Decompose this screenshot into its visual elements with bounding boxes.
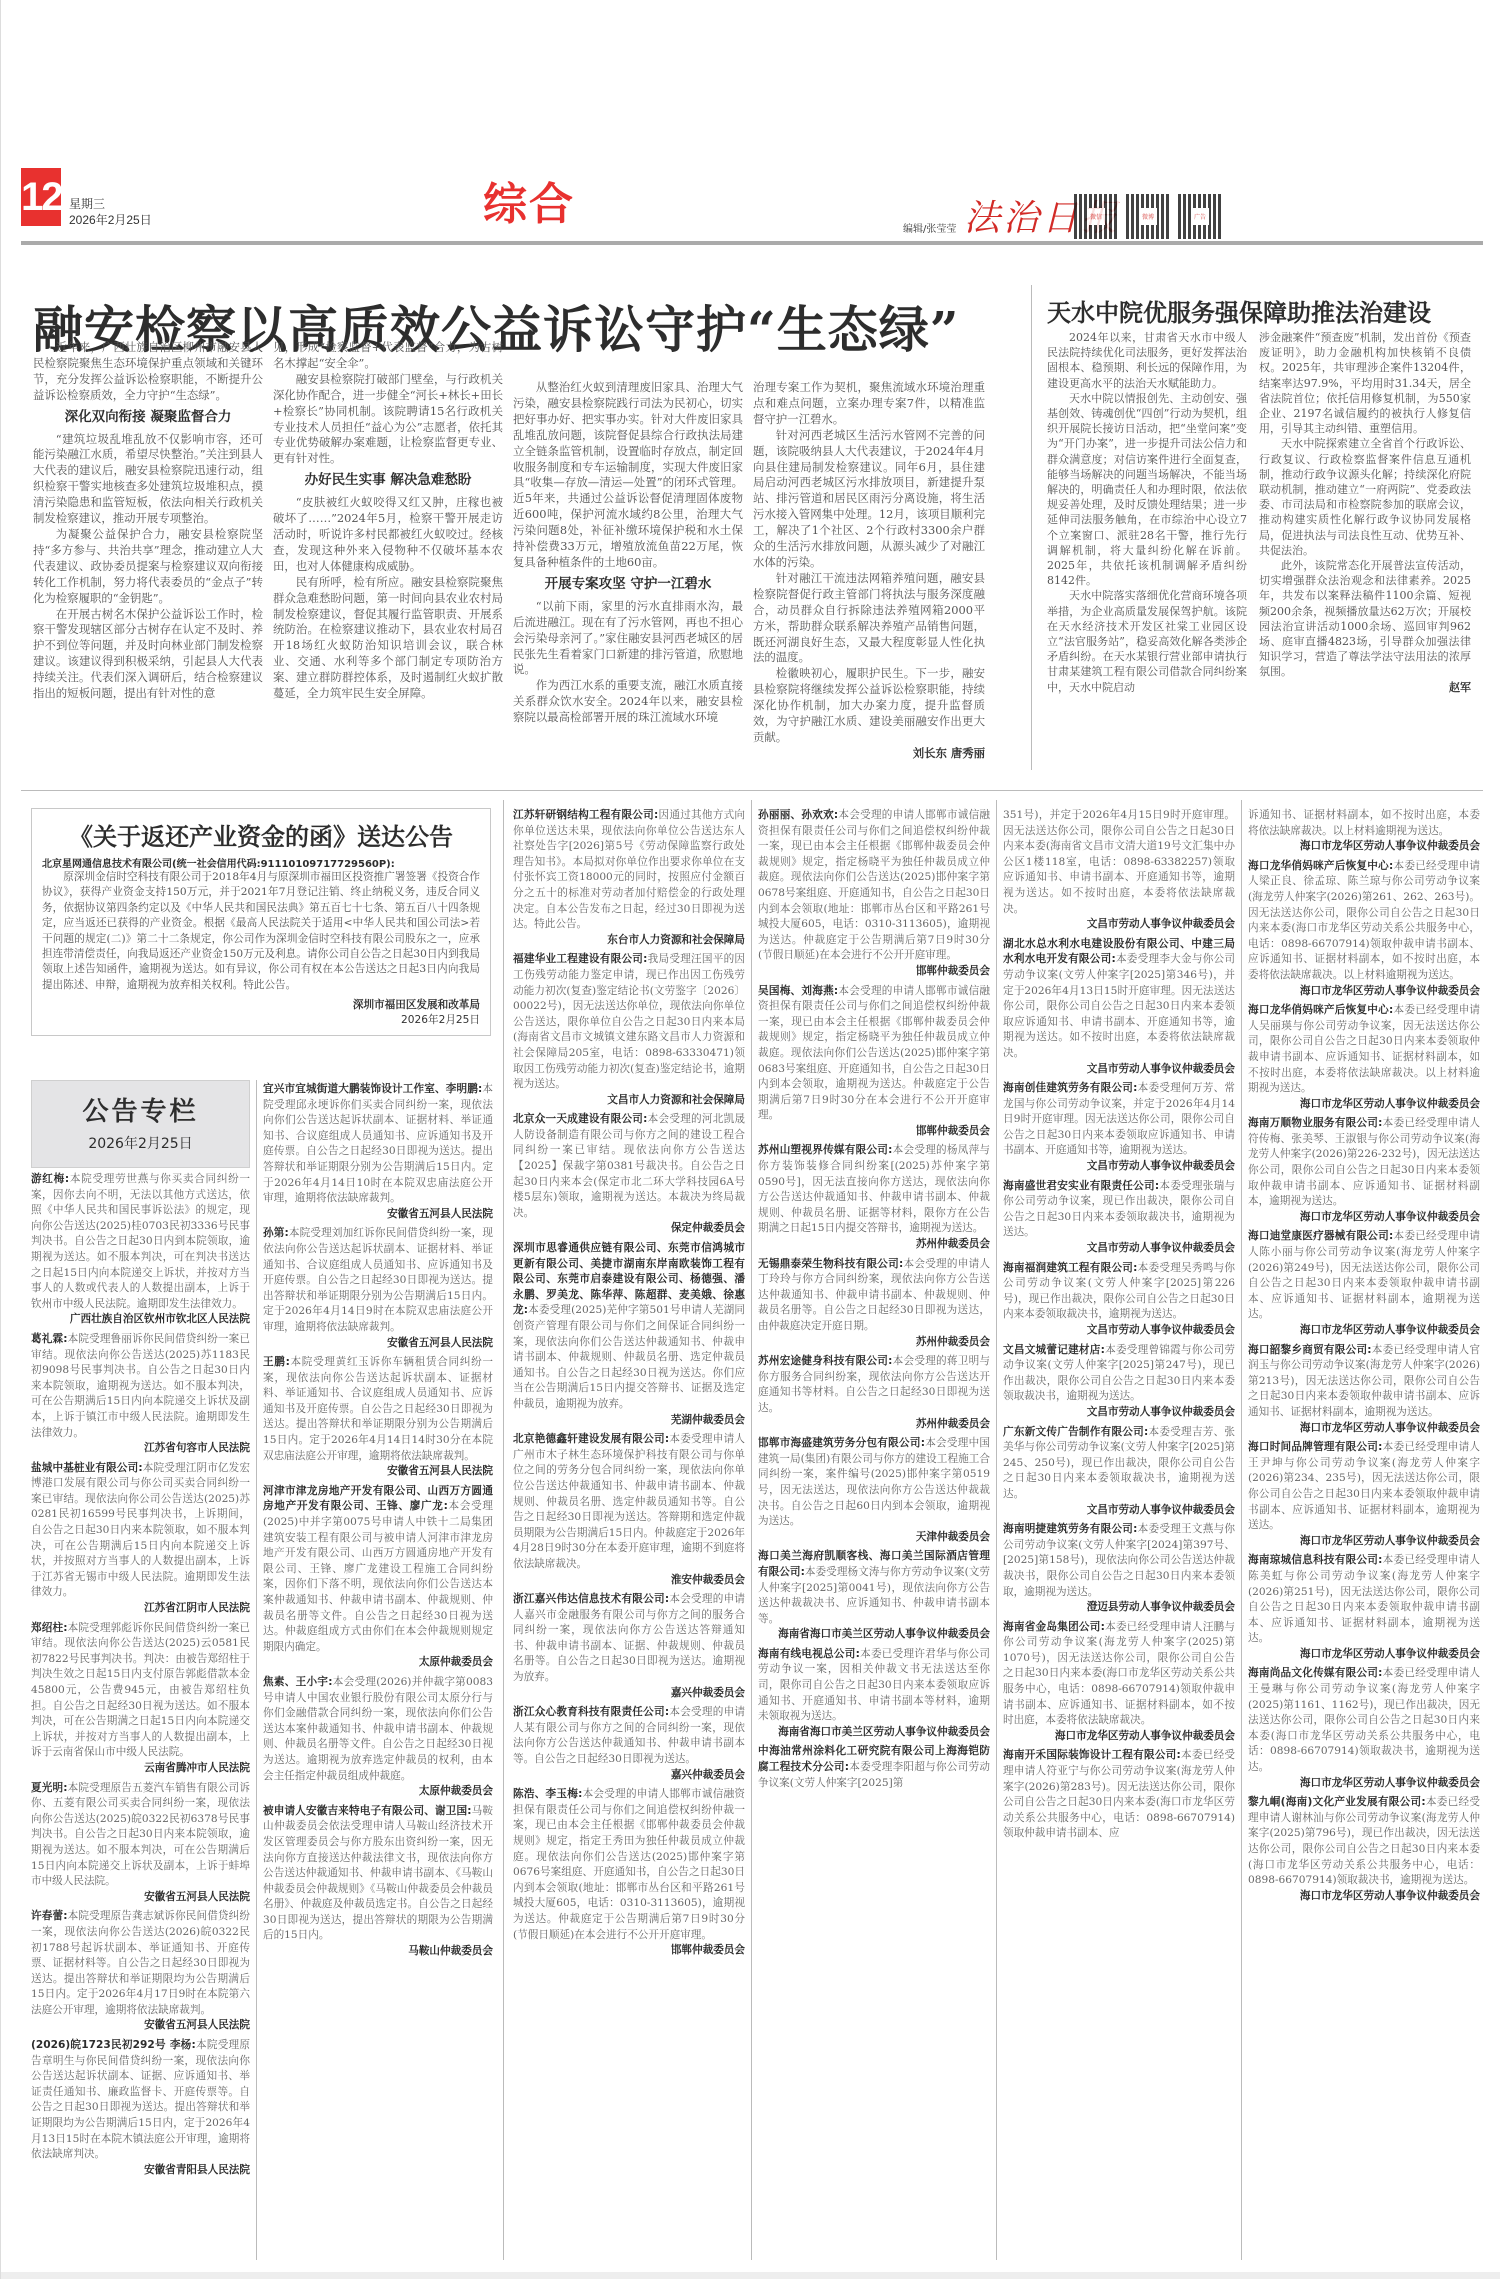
notice-signature: 文昌市劳动人事争议仲裁委员会 bbox=[1003, 1323, 1235, 1339]
notice-item: 邯郸市海盛建筑劳务分包有限公司:本会受理中国建筑一局(集团)有限公司与你方的建设… bbox=[758, 1436, 990, 1530]
notice-item: 孙丽丽、孙欢欢:本会受理的申请人邯郸市诚信融资担保有限责任公司与你们之间追偿权纠… bbox=[758, 808, 990, 964]
subheading: 办好民生实事 解决急难愁盼 bbox=[273, 473, 503, 489]
notice-item: 湖北水总水利水电建设股份有限公司、中建三局水利水电开发有限公司:本委受理李大金与… bbox=[1003, 937, 1235, 1062]
notice-signature: 江苏省江阴市人民法院 bbox=[31, 1601, 250, 1617]
notice-text: 本委已经受理申请人陈美虹与你公司劳动争议案(海龙劳人仲案字(2026)第251号… bbox=[1248, 1554, 1480, 1644]
notice-recipient: (2026)皖1723民初292号 李杨 bbox=[31, 2039, 192, 2051]
notices-col-4: 孙丽丽、孙欢欢:本会受理的申请人邯郸市诚信融资担保有限责任公司与你们之间追偿权纠… bbox=[758, 808, 990, 1791]
paragraph: 从整治红火蚁到清理废旧家具、治理大气污染，融安县检察院践行司法为民初心，切实把好… bbox=[513, 380, 743, 571]
notice-text: 本委已经受理申请人王尹坤与你公司劳动争议案(海龙劳人仲案字(2026)第234、… bbox=[1248, 1441, 1480, 1531]
issue-date: 2026年2月25日 bbox=[69, 211, 152, 228]
notice-text: 本院受理江阴市亿发宏博港口发展有限公司与你公司买卖合同纠纷一案已审结。现依法向你… bbox=[31, 1462, 250, 1599]
notices-col-6: 诉通知书、证据材料副本，如不按时出庭，本委将依法缺席裁决。以上材料逾期视为送达。… bbox=[1248, 808, 1480, 1908]
notice-recipient: 海南省金岛集团公司 bbox=[1003, 1621, 1101, 1633]
paragraph: 针对融江干流违法网箱养殖问题，融安县检察院督促行政主管部门将执法与服务深度融合，… bbox=[753, 571, 985, 666]
column-divider bbox=[256, 1080, 257, 2260]
notice-recipient: 海南创佳建筑劳务有限公司 bbox=[1003, 1082, 1133, 1094]
notice-signature: 嘉兴仲裁委员会 bbox=[513, 1686, 745, 1702]
notice-item: 盐城中基桩业有限公司:本院受理江阴市亿发宏博港口发展有限公司与你公司买卖合同纠纷… bbox=[31, 1461, 250, 1601]
subheading: 深化双向衔接 凝聚监督合力 bbox=[33, 410, 263, 426]
notice-recipient: 郑绍柱 bbox=[31, 1622, 63, 1634]
notice-recipient: 海南盛世君安实业有限责任公司 bbox=[1003, 1180, 1155, 1192]
notice-text: 本委已经受理申请人汪鹏与你公司劳动争议案(海龙劳人仲案字(2025)第1070号… bbox=[1003, 1621, 1235, 1727]
notice-item: 海口龙华俏妈咪产后恢复中心:本委已经受理申请人梁正良、徐孟琼、陈兰琼与你公司劳动… bbox=[1248, 859, 1480, 984]
notice-text: 本会受理的申请人邯郸市诚信融资担保有限责任公司与你们之间追偿权纠纷仲裁一案，现已… bbox=[513, 1788, 745, 1940]
notice-text: 本会受理的河北凯晟人防设备制造有限公司与你方之间的建设工程合同纠纷一案已审结。现… bbox=[513, 1113, 745, 1219]
notice-text: 本会受理的杨凤萍与你方装饰装修合同纠纷案[(2025)苏仲案字第0590号]，因… bbox=[758, 1144, 990, 1234]
side-article-col-1: 2024年以来，甘肃省天水市中级人民法院持续优化司法服务，更好发挥法治固根本、稳… bbox=[1047, 330, 1247, 695]
notice-signature: 海口市龙华区劳动人事争议仲裁委员会 bbox=[1248, 1647, 1480, 1663]
paragraph: “建筑垃圾乱堆乱放不仅影响市容，还可能污染融江水质，希望尽快整治。”关注到县人大… bbox=[33, 432, 263, 527]
notice-recipient: 海口龙华俏妈咪产后恢复中心 bbox=[1248, 1004, 1389, 1016]
notice-signature: 嘉兴仲裁委员会 bbox=[513, 1768, 745, 1784]
notice-signature: 苏州仲裁委员会 bbox=[758, 1335, 990, 1351]
notice-text: 诉通知书、证据材料副本，如不按时出庭，本委将依法缺席裁决。以上材料逾期视为送达。 bbox=[1248, 809, 1480, 837]
notice-recipient: 北京艳德鑫轩建设发展有限公司 bbox=[513, 1433, 665, 1445]
notice-recipient: 苏州宏途健身科技有限公司 bbox=[758, 1355, 888, 1367]
header-divider bbox=[21, 241, 1483, 245]
notice-recipient: 孙第 bbox=[263, 1227, 285, 1239]
weekday: 星期三 bbox=[69, 195, 105, 212]
notice-item: 海南明捷建筑劳务有限公司:本委受理王文燕与你公司劳动争议案(文劳人仲案字[202… bbox=[1003, 1522, 1235, 1600]
notice-addressee: 北京星网通信息技术有限公司(统一社会信用代码:91110109717729560… bbox=[42, 855, 480, 870]
notice-recipient: 海南万顺物业服务有限公司 bbox=[1248, 1117, 1378, 1129]
notice-recipient: 许春蕾 bbox=[31, 1910, 63, 1922]
notice-item: 浙江众心教育科技有限责任公司:本会受理的申请人某有限公司与你方之间的合同纠纷一案… bbox=[513, 1705, 745, 1767]
qr-label: 广告 bbox=[1194, 212, 1206, 221]
notice-text: 本院受理黄红玉诉你车辆租赁合同纠纷一案，现依法向你公告送达起诉状副本、证据材料、… bbox=[263, 1356, 493, 1462]
notice-item: 游红梅:本院受理劳世燕与你买卖合同纠纷一案，因你去向不明，无法以其他方式送达，依… bbox=[31, 1172, 250, 1312]
notice-item: 中海油常州涂料化工研究院有限公司上海海铠防腐工程技术分公司:本委受理李阳超与你公… bbox=[758, 1744, 990, 1791]
notice-item: 海口韶黎乡商贸有限公司:本委已经受理申请人官润玉与你公司劳动争议案(海龙劳人仲案… bbox=[1248, 1343, 1480, 1421]
notice-recipient: 江苏轩研钢结构工程有限公司 bbox=[513, 809, 654, 821]
notice-item: 浙江嘉兴伟达信息技术有限公司:本会受理的申请人嘉兴市金融服务有限公司与你方之间的… bbox=[513, 1592, 745, 1686]
main-article-col-2: 见，形成“检察监督+代表监督”合力，为古树名木撑起“安全伞”。 融安县检察院打破… bbox=[273, 340, 503, 702]
notice-recipient: 陈浩、李玉梅 bbox=[513, 1788, 578, 1800]
page-header: 12 星期三 2026年2月25日 综合 编辑/张莹莹 法治日报 微信 微博 广… bbox=[21, 168, 1500, 238]
notice-recipient: 无锡鼎泰荣生物科技有限公司 bbox=[758, 1258, 899, 1270]
notice-signature: 安徽省青阳县人民法院 bbox=[31, 2163, 250, 2179]
paragraph: 民有所呼，检有所应。融安县检察院聚焦群众急难愁盼问题，第一时间向县农业农村局制发… bbox=[273, 575, 503, 702]
notice-text: 我局受理汪国平的因工伤残劳动能力鉴定申请，现已作出因工伤残劳动能力初次(复查)鉴… bbox=[513, 953, 745, 1090]
notice-item: 北京众一天成建设有限公司:本会受理的河北凯晟人防设备制造有限公司与你方之间的建设… bbox=[513, 1112, 745, 1221]
notice-text: 本院受理鲁丽诉你民间借贷纠纷一案已审结。现依法向你公告送达(2025)苏1183… bbox=[31, 1333, 250, 1439]
notice-signature: 广西壮族自治区钦州市钦北区人民法院 bbox=[31, 1312, 250, 1328]
notice-item: 葛礼霖:本院受理鲁丽诉你民间借贷纠纷一案已审结。现依法向你公告送达(2025)苏… bbox=[31, 1332, 250, 1441]
main-article-col-4: 治理专案工作为契机，聚焦流域水环境治理重点和难点问题，立案办理专案7件，以精准监… bbox=[753, 380, 985, 762]
byline: 刘长东 唐秀丽 bbox=[753, 746, 985, 762]
notice-item: 黎九峒(海南)文化产业发展有限公司:本委已经受理申请人谢林汕与你公司劳动争议案(… bbox=[1248, 1795, 1480, 1889]
notice-signature: 安徽省五河县人民法院 bbox=[263, 1464, 493, 1480]
newspaper-page: 12 星期三 2026年2月25日 综合 编辑/张莹莹 法治日报 微信 微博 广… bbox=[0, 0, 1500, 2279]
notice-column-banner: 公告专栏 2026年2月25日 bbox=[31, 1080, 250, 1168]
paragraph: 为凝聚公益保护合力，融安县检察院坚持“多方参与、共治共享”理念，推动建立人大代表… bbox=[33, 527, 263, 607]
side-headline: 天水中院优服务强保障助推法治建设 bbox=[1047, 293, 1431, 328]
notice-item: 河津市津龙房地产开发有限公司、山西万方圆通房地产开发有限公司、王锋、廖广龙:本会… bbox=[263, 1484, 493, 1656]
notice-text: 本院受理原告章明生与你民间借贷纠纷一案，现依法向你公告送达起诉状副本、证据、应诉… bbox=[31, 2039, 250, 2160]
notice-item: 海南琼城信息科技有限公司:本委已经受理申请人陈美虹与你公司劳动争议案(海龙劳人仲… bbox=[1248, 1553, 1480, 1647]
notice-item: 许春蕾:本院受理原告龚志斌诉你民间借贷纠纷一案，现依法向你公告送达(2026)皖… bbox=[31, 1909, 250, 2018]
notice-box-title: 《关于返还产业资金的函》送达公告 bbox=[42, 817, 480, 852]
notice-item: 海南万顺物业服务有限公司:本委已经受理申请人符传梅、张美琴、王淑银与你公司劳动争… bbox=[1248, 1116, 1480, 1210]
notice-text: 本会受理的申请人邯郸市诚信融资担保有限责任公司与你们之间追偿权纠纷仲裁一案，现已… bbox=[758, 985, 990, 1122]
notice-body: 原深圳金信时空科技有限公司于2018年4月与原深圳市福田区投资推广署签署《投资合… bbox=[42, 870, 480, 993]
qr-code-icon[interactable]: 广告 bbox=[1178, 194, 1223, 239]
notice-signature: 海口市龙华区劳动人事争议仲裁委员会 bbox=[1248, 1534, 1480, 1550]
qr-label: 微博 bbox=[1142, 212, 1154, 221]
notice-signature: 海口市龙华区劳动人事争议仲裁委员会 bbox=[1248, 839, 1480, 855]
notice-recipient: 海口龙华俏妈咪产后恢复中心 bbox=[1248, 860, 1389, 872]
notice-item: 351号)，并定于2026年4月15日9时开庭审理。因无法送达你公司，限你公司自… bbox=[1003, 808, 1235, 917]
column-divider bbox=[1241, 800, 1242, 2260]
notice-item: 焦素、王小宇:本会受理(2026)并仲裁字第0083号申请人中国农业银行股份有限… bbox=[263, 1675, 493, 1784]
notice-item: 苏州山塑视界传媒有限公司:本会受理的杨凤萍与你方装饰装修合同纠纷案[(2025)… bbox=[758, 1143, 990, 1237]
notice-signature: 海口市龙华区劳动人事争议仲裁委员会 bbox=[1248, 1323, 1480, 1339]
notice-signature: 海口市龙华区劳动人事争议仲裁委员会 bbox=[1248, 984, 1480, 1000]
notice-text: 本院受理劳世燕与你买卖合同纠纷一案，因你去向不明，无法以其他方式送达，依照《中华… bbox=[31, 1173, 250, 1310]
notice-signature: 安徽省五河县人民法院 bbox=[31, 1890, 250, 1906]
paragraph: 在开展古树名木保护公益诉讼工作时，检察干警发现辖区部分古树存在认定不及时、养护不… bbox=[33, 607, 263, 702]
notice-signature: 淮安仲裁委员会 bbox=[513, 1573, 745, 1589]
notice-recipient: 苏州山塑视界传媒有限公司 bbox=[758, 1144, 888, 1156]
notice-recipient: 盐城中基桩业有限公司 bbox=[31, 1462, 138, 1474]
notice-recipient: 浙江嘉兴伟达信息技术有限公司 bbox=[513, 1593, 665, 1605]
main-article-col-1: 近年来，广西壮族自治区柳州市融安县人民检察院聚焦生态环境保护重点领域和关键环节，… bbox=[33, 340, 263, 702]
notice-text: 本委已经受理申请人陈小丽与你公司劳动争议案(海龙劳人仲案字(2026)第249号… bbox=[1248, 1230, 1480, 1320]
notice-text: 马鞍山仲裁委员会依法受理申请人马鞍山经济技术开发区管理委员会与你方股东出资纠纷一… bbox=[263, 1805, 493, 1942]
paragraph: 见，形成“检察监督+代表监督”合力，为古树名木撑起“安全伞”。 bbox=[273, 340, 503, 372]
paragraph: 作为西江水系的重要支流，融江水质直接关系群众饮水安全。2024年以来，融安县检察… bbox=[513, 678, 743, 726]
notice-text: 本会受理的申请人邯郸市诚信融资担保有限责任公司与你们之间追偿权纠纷仲裁一案，现已… bbox=[758, 809, 990, 961]
notice-signature: 海口市龙华区劳动人事争议仲裁委员会 bbox=[1248, 1097, 1480, 1113]
notice-text: 本委已经受理申请人符亚宁与你公司劳动争议案(海龙劳人仲案字(2026)第283号… bbox=[1003, 1749, 1235, 1839]
notice-signature: 文昌市劳动人事争议仲裁委员会 bbox=[1003, 1405, 1235, 1421]
notice-signature: 太原仲裁委员会 bbox=[263, 1784, 493, 1800]
paragraph: “皮肤被红火蚁咬得又红又肿，庄稼也被破坏了……”2024年5月，检察干警开展走访… bbox=[273, 495, 503, 575]
notice-signature: 深圳市福田区发展和改革局 bbox=[42, 997, 480, 1012]
paragraph: 涉金融案件“预查废”机制，发出首份《预查废证明》，助力金融机构加快核销不良债权。… bbox=[1259, 330, 1471, 436]
notice-text: 本会受理(2025)中并字第0075号申请人中铁十二局集团建筑安装工程有限公司与… bbox=[263, 1500, 493, 1652]
notice-signature: 文昌市劳动人事争议仲裁委员会 bbox=[1003, 917, 1235, 933]
notice-item: 海口时间品牌管理有限公司:本委已经受理申请人王尹坤与你公司劳动争议案(海龙劳人仲… bbox=[1248, 1440, 1480, 1534]
notice-item: 海南开禾国际装饰设计工程有限公司:本委已经受理申请人符亚宁与你公司劳动争议案(海… bbox=[1003, 1748, 1235, 1842]
notice-item: 夏光明:本院受理原告五菱汽车销售有限公司诉你、五菱有限公司买卖合同纠纷一案，现依… bbox=[31, 1781, 250, 1890]
notice-item: 孙第:本院受理刘加红诉你民间借贷纠纷一案，现依法向你公告送达起诉状副本、证据材料… bbox=[263, 1226, 493, 1335]
byline: 赵军 bbox=[1259, 680, 1471, 695]
notice-recipient: 海南明捷建筑劳务有限公司 bbox=[1003, 1523, 1133, 1535]
notices-col-2: 宜兴市宜城街道大鹏装饰设计工作室、李明鹏:本院受理邱永埂诉你们买卖合同纠纷一案，… bbox=[263, 1082, 493, 1964]
notice-recipient: 游红梅 bbox=[31, 1173, 65, 1185]
notice-signature: 文昌市劳动人事争议仲裁委员会 bbox=[1003, 1241, 1235, 1257]
notice-item: 海南创佳建筑劳务有限公司:本委受理何万芳、常龙国与你公司劳动争议案，并定于202… bbox=[1003, 1081, 1235, 1159]
paragraph: 2024年以来，甘肃省天水市中级人民法院持续优化司法服务，更好发挥法治固根本、稳… bbox=[1047, 330, 1247, 391]
notice-item: 海南尚品文化传媒有限公司:本委已经受理申请人王曼琳与你公司劳动争议案(海龙劳人仲… bbox=[1248, 1666, 1480, 1775]
notice-text: 本委已经受理申请人梁正良、徐孟琼、陈兰琼与你公司劳动争议案(海龙劳人仲案字(20… bbox=[1248, 860, 1480, 981]
notice-signature: 东台市人力资源和社会保障局 bbox=[513, 933, 745, 949]
notice-signature: 芜湖仲裁委员会 bbox=[513, 1413, 745, 1429]
paragraph: 检徽映初心，履职护民生。下一步，融安县检察院将继续发挥公益诉讼检察职能，持续深化… bbox=[753, 666, 985, 746]
column-divider bbox=[1031, 285, 1032, 770]
notice-box: 《关于返还产业资金的函》送达公告 北京星网通信息技术有限公司(统一社会信用代码:… bbox=[31, 808, 491, 1036]
notice-text: 本会受理(2026)并仲裁字第0083号申请人中国农业银行股份有限公司太原分行与… bbox=[263, 1676, 493, 1782]
banner-title: 公告专栏 bbox=[32, 1091, 249, 1128]
notice-text: 本委受理(2025)芜仲字第501号申请人芜湖同创资产管理有限公司与你们之间保证… bbox=[513, 1304, 745, 1410]
side-article-col-2: 涉金融案件“预查废”机制，发出首份《预查废证明》，助力金融机构加快核销不良债权。… bbox=[1259, 330, 1471, 695]
notice-item: 苏州宏途健身科技有限公司:本会受理的蒋卫明与你方服务合同纠纷案，现依法向你方公告… bbox=[758, 1354, 990, 1416]
notice-item: 无锡鼎泰荣生物科技有限公司:本会受理的申请人丁玲玲与你方合同纠纷案，现依法向你方… bbox=[758, 1257, 990, 1335]
paragraph: 近年来，广西壮族自治区柳州市融安县人民检察院聚焦生态环境保护重点领域和关键环节，… bbox=[33, 340, 263, 404]
notice-text: 本会受理中国建筑一局(集团)有限公司与你方的建设工程施工合同纠纷一案，案件编号(… bbox=[758, 1437, 990, 1527]
notice-signature: 海口市龙华区劳动人事争议仲裁委员会 bbox=[1248, 1776, 1480, 1792]
notices-col-1: 游红梅:本院受理劳世燕与你买卖合同纠纷一案，因你去向不明，无法以其他方式送达，依… bbox=[31, 1172, 250, 2182]
notice-signature: 文昌市劳动人事争议仲裁委员会 bbox=[1003, 1503, 1235, 1519]
paragraph: “以前下雨，家里的污水直排雨水沟，最后流进融江。现在有了污水管网，再也不担心会污… bbox=[513, 599, 743, 679]
notice-recipient: 王鹏 bbox=[263, 1356, 286, 1368]
main-article-col-3: 从整治红火蚁到清理废旧家具、治理大气污染，融安县检察院践行司法为民初心，切实把好… bbox=[513, 380, 743, 726]
notice-signature: 海南省海口市美兰区劳动人事争议仲裁委员会 bbox=[758, 1725, 990, 1741]
notice-text: 351号)，并定于2026年4月15日9时开庭审理。因无法送达你公司，限你公司自… bbox=[1003, 809, 1235, 915]
notice-signature: 邯郸仲裁委员会 bbox=[758, 1124, 990, 1140]
section-divider bbox=[21, 790, 1483, 791]
notice-item: 文昌文城蕾记建材店:本委受理曾锦霞与你公司劳动争议案(文劳人仲案字[2025]第… bbox=[1003, 1343, 1235, 1405]
notice-signature: 江苏省句容市人民法院 bbox=[31, 1441, 250, 1457]
notice-signature: 苏州仲裁委员会 bbox=[758, 1417, 990, 1433]
notice-recipient: 浙江众心教育科技有限责任公司 bbox=[513, 1706, 665, 1718]
notice-recipient: 广东新文传广告制作有限公司 bbox=[1003, 1426, 1144, 1438]
notice-item: 福建华业工程建设有限公司:我局受理汪国平的因工伤残劳动能力鉴定申请，现已作出因工… bbox=[513, 952, 745, 1092]
notice-item: 王鹏:本院受理黄红玉诉你车辆租赁合同纠纷一案，现依法向你公告送达起诉状副本、证据… bbox=[263, 1355, 493, 1464]
notice-recipient: 文昌文城蕾记建材店 bbox=[1003, 1344, 1101, 1356]
section-title: 综合 bbox=[483, 168, 575, 232]
notice-recipient: 吴国梅、刘海燕 bbox=[758, 985, 834, 997]
qr-code-icon[interactable]: 微博 bbox=[1126, 194, 1171, 239]
qr-label: 微信 bbox=[1090, 212, 1102, 221]
column-divider bbox=[751, 800, 752, 2260]
notice-recipient: 夏光明 bbox=[31, 1782, 63, 1794]
notice-recipient: 海南开禾国际装饰设计工程有限公司 bbox=[1003, 1749, 1177, 1761]
notice-recipient: 宜兴市宜城街道大鹏装饰设计工作室、李明鹏 bbox=[263, 1083, 478, 1095]
notice-item: 吴国梅、刘海燕:本会受理的申请人邯郸市诚信融资担保有限责任公司与你们之间追偿权纠… bbox=[758, 984, 990, 1124]
notice-recipient: 孙丽丽、孙欢欢 bbox=[758, 809, 834, 821]
notice-recipient: 海南尚品文化传媒有限公司 bbox=[1248, 1667, 1378, 1679]
notice-item: 海口迪堂康医疗器械有限公司:本委已经受理申请人陈小丽与你公司劳动争议案(海龙劳人… bbox=[1248, 1229, 1480, 1323]
notice-recipient: 海南有线电视总公司 bbox=[758, 1648, 856, 1660]
paragraph: 天水中院以情报创先、主动创安、强基创效、铸魂创优“四创”行动为契机，组织开展院长… bbox=[1047, 391, 1247, 589]
notice-recipient: 焦素、王小宇 bbox=[263, 1676, 328, 1688]
notice-text: 本院受理邱永埂诉你们买卖合同纠纷一案，现依法向你们公告送达起诉状副本、证据材料、… bbox=[263, 1083, 493, 1204]
notice-signature: 苏州仲裁委员会 bbox=[758, 1237, 990, 1253]
notice-signature: 安徽省五河县人民法院 bbox=[31, 2018, 250, 2034]
notice-text: 本院受理原告龚志斌诉你民间借贷纠纷一案，现依法向你公告送达(2026)皖0322… bbox=[31, 1910, 250, 2016]
notice-item: 郑绍柱:本院受理郭彪诉你民间借贷纠纷一案已审结。现依法向你公告送达(2025)云… bbox=[31, 1621, 250, 1761]
notice-item: 陈浩、李玉梅:本会受理的申请人邯郸市诚信融资担保有限责任公司与你们之间追偿权纠纷… bbox=[513, 1787, 745, 1943]
notice-signature: 澄迈县劳动人事争议仲裁委员会 bbox=[1003, 1600, 1235, 1616]
subheading: 开展专案攻坚 守护一江碧水 bbox=[513, 577, 743, 593]
notice-text: 本会受理的申请人嘉兴市金融服务有限公司与你方之间的服务合同纠纷一案，现依法向你方… bbox=[513, 1593, 745, 1683]
notice-item: 诉通知书、证据材料副本，如不按时出庭，本委将依法缺席裁决。以上材料逾期视为送达。 bbox=[1248, 808, 1480, 839]
notice-item: 北京艳德鑫轩建设发展有限公司:本委受理申请人广州市木子林生态环境保护科技有限公司… bbox=[513, 1432, 745, 1572]
notice-date: 2026年2月25日 bbox=[42, 1012, 480, 1027]
notice-recipient: 海口时间品牌管理有限公司 bbox=[1248, 1441, 1378, 1453]
notice-recipient: 北京众一天成建设有限公司 bbox=[513, 1113, 643, 1125]
notice-signature: 海南省海口市美兰区劳动人事争议仲裁委员会 bbox=[758, 1627, 990, 1643]
notice-item: 海南盛世君安实业有限责任公司:本委受理张瑞与你公司劳动争议案，现已作出裁决，限你… bbox=[1003, 1179, 1235, 1241]
page-number: 12 bbox=[21, 168, 61, 226]
paragraph: 融安县检察院打破部门壁垒，与行政机关深化协作配合，进一步健全“河长+林长+田长+… bbox=[273, 372, 503, 467]
notice-signature: 海口市龙华区劳动人事争议仲裁委员会 bbox=[1248, 1421, 1480, 1437]
notice-text: 本院受理原告五菱汽车销售有限公司诉你、五菱有限公司买卖合同纠纷一案，现依法向你公… bbox=[31, 1782, 250, 1888]
notice-signature: 海口市龙华区劳动人事争议仲裁委员会 bbox=[1003, 1729, 1235, 1745]
notice-text: 本委已经受理申请人吴丽瑛与你公司劳动争议案，因无法送达你公司，限你公司自公告之日… bbox=[1248, 1004, 1480, 1094]
notice-signature: 海口市龙华区劳动人事争议仲裁委员会 bbox=[1248, 1210, 1480, 1226]
notice-recipient: 黎九峒(海南)文化产业发展有限公司 bbox=[1248, 1796, 1421, 1808]
notice-item: 宜兴市宜城街道大鹏装饰设计工作室、李明鹏:本院受理邱永埂诉你们买卖合同纠纷一案，… bbox=[263, 1082, 493, 1207]
notices-col-3: 江苏轩研钢结构工程有限公司:因通过其他方式向你单位送达未果，现依法向你单位公告送… bbox=[513, 808, 745, 1963]
notice-signature: 安徽省五河县人民法院 bbox=[263, 1207, 493, 1223]
notice-item: 江苏轩研钢结构工程有限公司:因通过其他方式向你单位送达未果，现依法向你单位公告送… bbox=[513, 808, 745, 933]
qr-code-icon[interactable]: 微信 bbox=[1074, 194, 1119, 239]
paragraph: 天水中院探索建立全省首个行政诉讼、行政复议、行政检察监督案件信息互通机制，推动行… bbox=[1259, 436, 1471, 558]
notice-text: 本委已经受理申请人谢林汕与你公司劳动争议案(海龙劳人仲案字(2025)第796号… bbox=[1248, 1796, 1480, 1886]
page-footer-strip bbox=[1, 2272, 1500, 2279]
notice-recipient: 被申请人安徽吉来特电子有限公司、谢卫国 bbox=[263, 1805, 467, 1817]
notice-text: 本委已经受理申请人符传梅、张美琴、王淑银与你公司劳动争议案(海龙劳人仲案字(20… bbox=[1248, 1117, 1480, 1207]
notice-text: 本委受理李大金与你公司劳动争议案(文劳人仲案字[2025]第346号)，并定于2… bbox=[1003, 953, 1235, 1059]
notice-item: 被申请人安徽吉来特电子有限公司、谢卫国:马鞍山仲裁委员会依法受理申请人马鞍山经济… bbox=[263, 1804, 493, 1944]
notice-recipient: 海南琼城信息科技有限公司 bbox=[1248, 1554, 1378, 1566]
notice-text: 本委已经受理申请人王曼琳与你公司劳动争议案(海龙劳人仲案字(2025)第1161… bbox=[1248, 1667, 1480, 1773]
notice-signature: 马鞍山仲裁委员会 bbox=[263, 1944, 493, 1960]
notice-signature: 邯郸仲裁委员会 bbox=[513, 1943, 745, 1959]
notice-item: (2026)皖1723民初292号 李杨:本院受理原告章明生与你民间借贷纠纷一案… bbox=[31, 2038, 250, 2163]
notice-signature: 云南省腾冲市人民法院 bbox=[31, 1761, 250, 1777]
notice-item: 广东新文传广告制作有限公司:本委受理吉芳、张美华与你公司劳动争议案(文劳人仲案字… bbox=[1003, 1425, 1235, 1503]
paragraph: 此外，该院常态化开展普法宣传活动，切实增强群众法治观念和法律素养。2025年，共… bbox=[1259, 558, 1471, 680]
notice-text: 因通过其他方式向你单位送达未果，现依法向你单位公告送达东人社察处告字[2026]… bbox=[513, 809, 745, 930]
column-divider bbox=[996, 800, 997, 2260]
notice-recipient: 邯郸市海盛建筑劳务分包有限公司 bbox=[758, 1437, 921, 1449]
notice-item: 海口龙华俏妈咪产后恢复中心:本委已经受理申请人吴丽瑛与你公司劳动争议案，因无法送… bbox=[1248, 1003, 1480, 1097]
notice-text: 本院受理郭彪诉你民间借贷纠纷一案已审结。现依法向你公告送达(2025)云0581… bbox=[31, 1622, 250, 1759]
notice-signature: 安徽省五河县人民法院 bbox=[263, 1336, 493, 1352]
notice-signature: 海口市龙华区劳动人事争议仲裁委员会 bbox=[1248, 1889, 1480, 1905]
notice-recipient: 福建华业工程建设有限公司 bbox=[513, 953, 643, 965]
notice-recipient: 葛礼霖 bbox=[31, 1333, 63, 1345]
notice-signature: 文昌市劳动人事争议仲裁委员会 bbox=[1003, 1062, 1235, 1078]
notice-text: 本委受理申请人广州市木子林生态环境保护科技有限公司与你单位之间的劳务分包合同纠纷… bbox=[513, 1433, 745, 1570]
paragraph: 针对河西老城区生活污水管网不完善的问题，该院吸纳县人大代表建议，于2024年4月… bbox=[753, 428, 985, 571]
notice-signature: 天津仲裁委员会 bbox=[758, 1530, 990, 1546]
notices-col-5: 351号)，并定于2026年4月15日9时开庭审理。因无法送达你公司，限你公司自… bbox=[1003, 808, 1235, 1842]
notice-signature: 保定仲裁委员会 bbox=[513, 1221, 745, 1237]
notice-signature: 太原仲裁委员会 bbox=[263, 1655, 493, 1671]
column-divider bbox=[503, 800, 504, 2260]
notice-signature: 文昌市劳动人事争议仲裁委员会 bbox=[1003, 1159, 1235, 1175]
editor-credit: 编辑/张莹莹 bbox=[903, 220, 956, 235]
notice-signature: 文昌市人力资源和社会保障局 bbox=[513, 1093, 745, 1109]
paragraph: 治理专案工作为契机，聚焦流域水环境治理重点和难点问题，立案办理专案7件，以精准监… bbox=[753, 380, 985, 428]
notice-recipient: 海口迪堂康医疗器械有限公司 bbox=[1248, 1230, 1389, 1242]
notice-item: 海口美兰海府凯顺客栈、海口美兰国际酒店管理有限公司:本委受理杨文涛与你方劳动争议… bbox=[758, 1549, 990, 1627]
notice-recipient: 海口韶黎乡商贸有限公司 bbox=[1248, 1344, 1367, 1356]
banner-date: 2026年2月25日 bbox=[32, 1133, 249, 1153]
notice-item: 海南省金岛集团公司:本委已经受理申请人汪鹏与你公司劳动争议案(海龙劳人仲案字(2… bbox=[1003, 1620, 1235, 1729]
paragraph: 天水中院落实落细优化营商环境各项举措，为企业高质量发展保驾护航。该院在天水经济技… bbox=[1047, 588, 1247, 694]
notice-text: 本院受理刘加红诉你民间借贷纠纷一案，现依法向你公告送达起诉状副本、证据材料、举证… bbox=[263, 1227, 493, 1333]
notice-item: 海南有线电视总公司:本委已受理许君华与你公司劳动争议一案，因相关仲裁文书无法送达… bbox=[758, 1647, 990, 1725]
notice-recipient: 海南福润建筑工程有限公司 bbox=[1003, 1262, 1133, 1274]
notice-item: 深圳市思睿通供应链有限公司、东莞市信鸿城市更新有限公司、美捷市湖南东岸南欧装饰工… bbox=[513, 1241, 745, 1413]
notice-item: 海南福润建筑工程有限公司:本委受理吴秀鸣与你公司劳动争议案(文劳人仲案字[202… bbox=[1003, 1261, 1235, 1323]
notice-signature: 邯郸仲裁委员会 bbox=[758, 964, 990, 980]
